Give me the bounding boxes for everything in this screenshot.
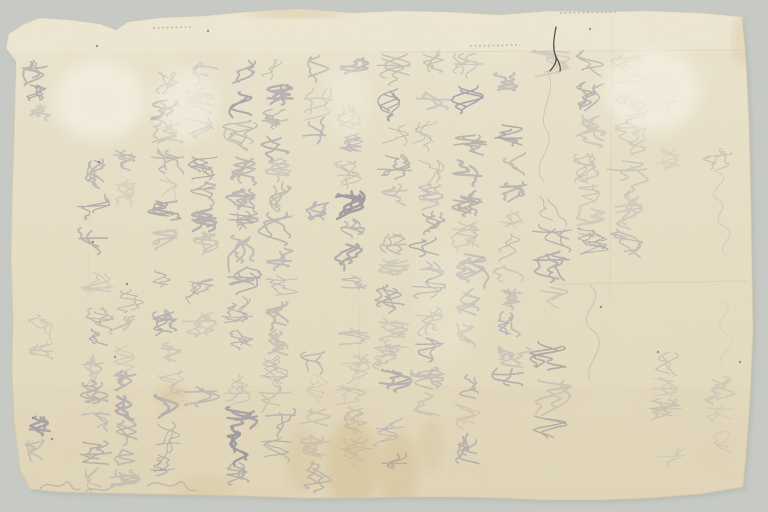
manuscript-photo [0, 0, 768, 512]
manuscript-photo-frame [0, 0, 768, 512]
paper-grain [0, 0, 768, 512]
paper-surface [0, 0, 768, 512]
